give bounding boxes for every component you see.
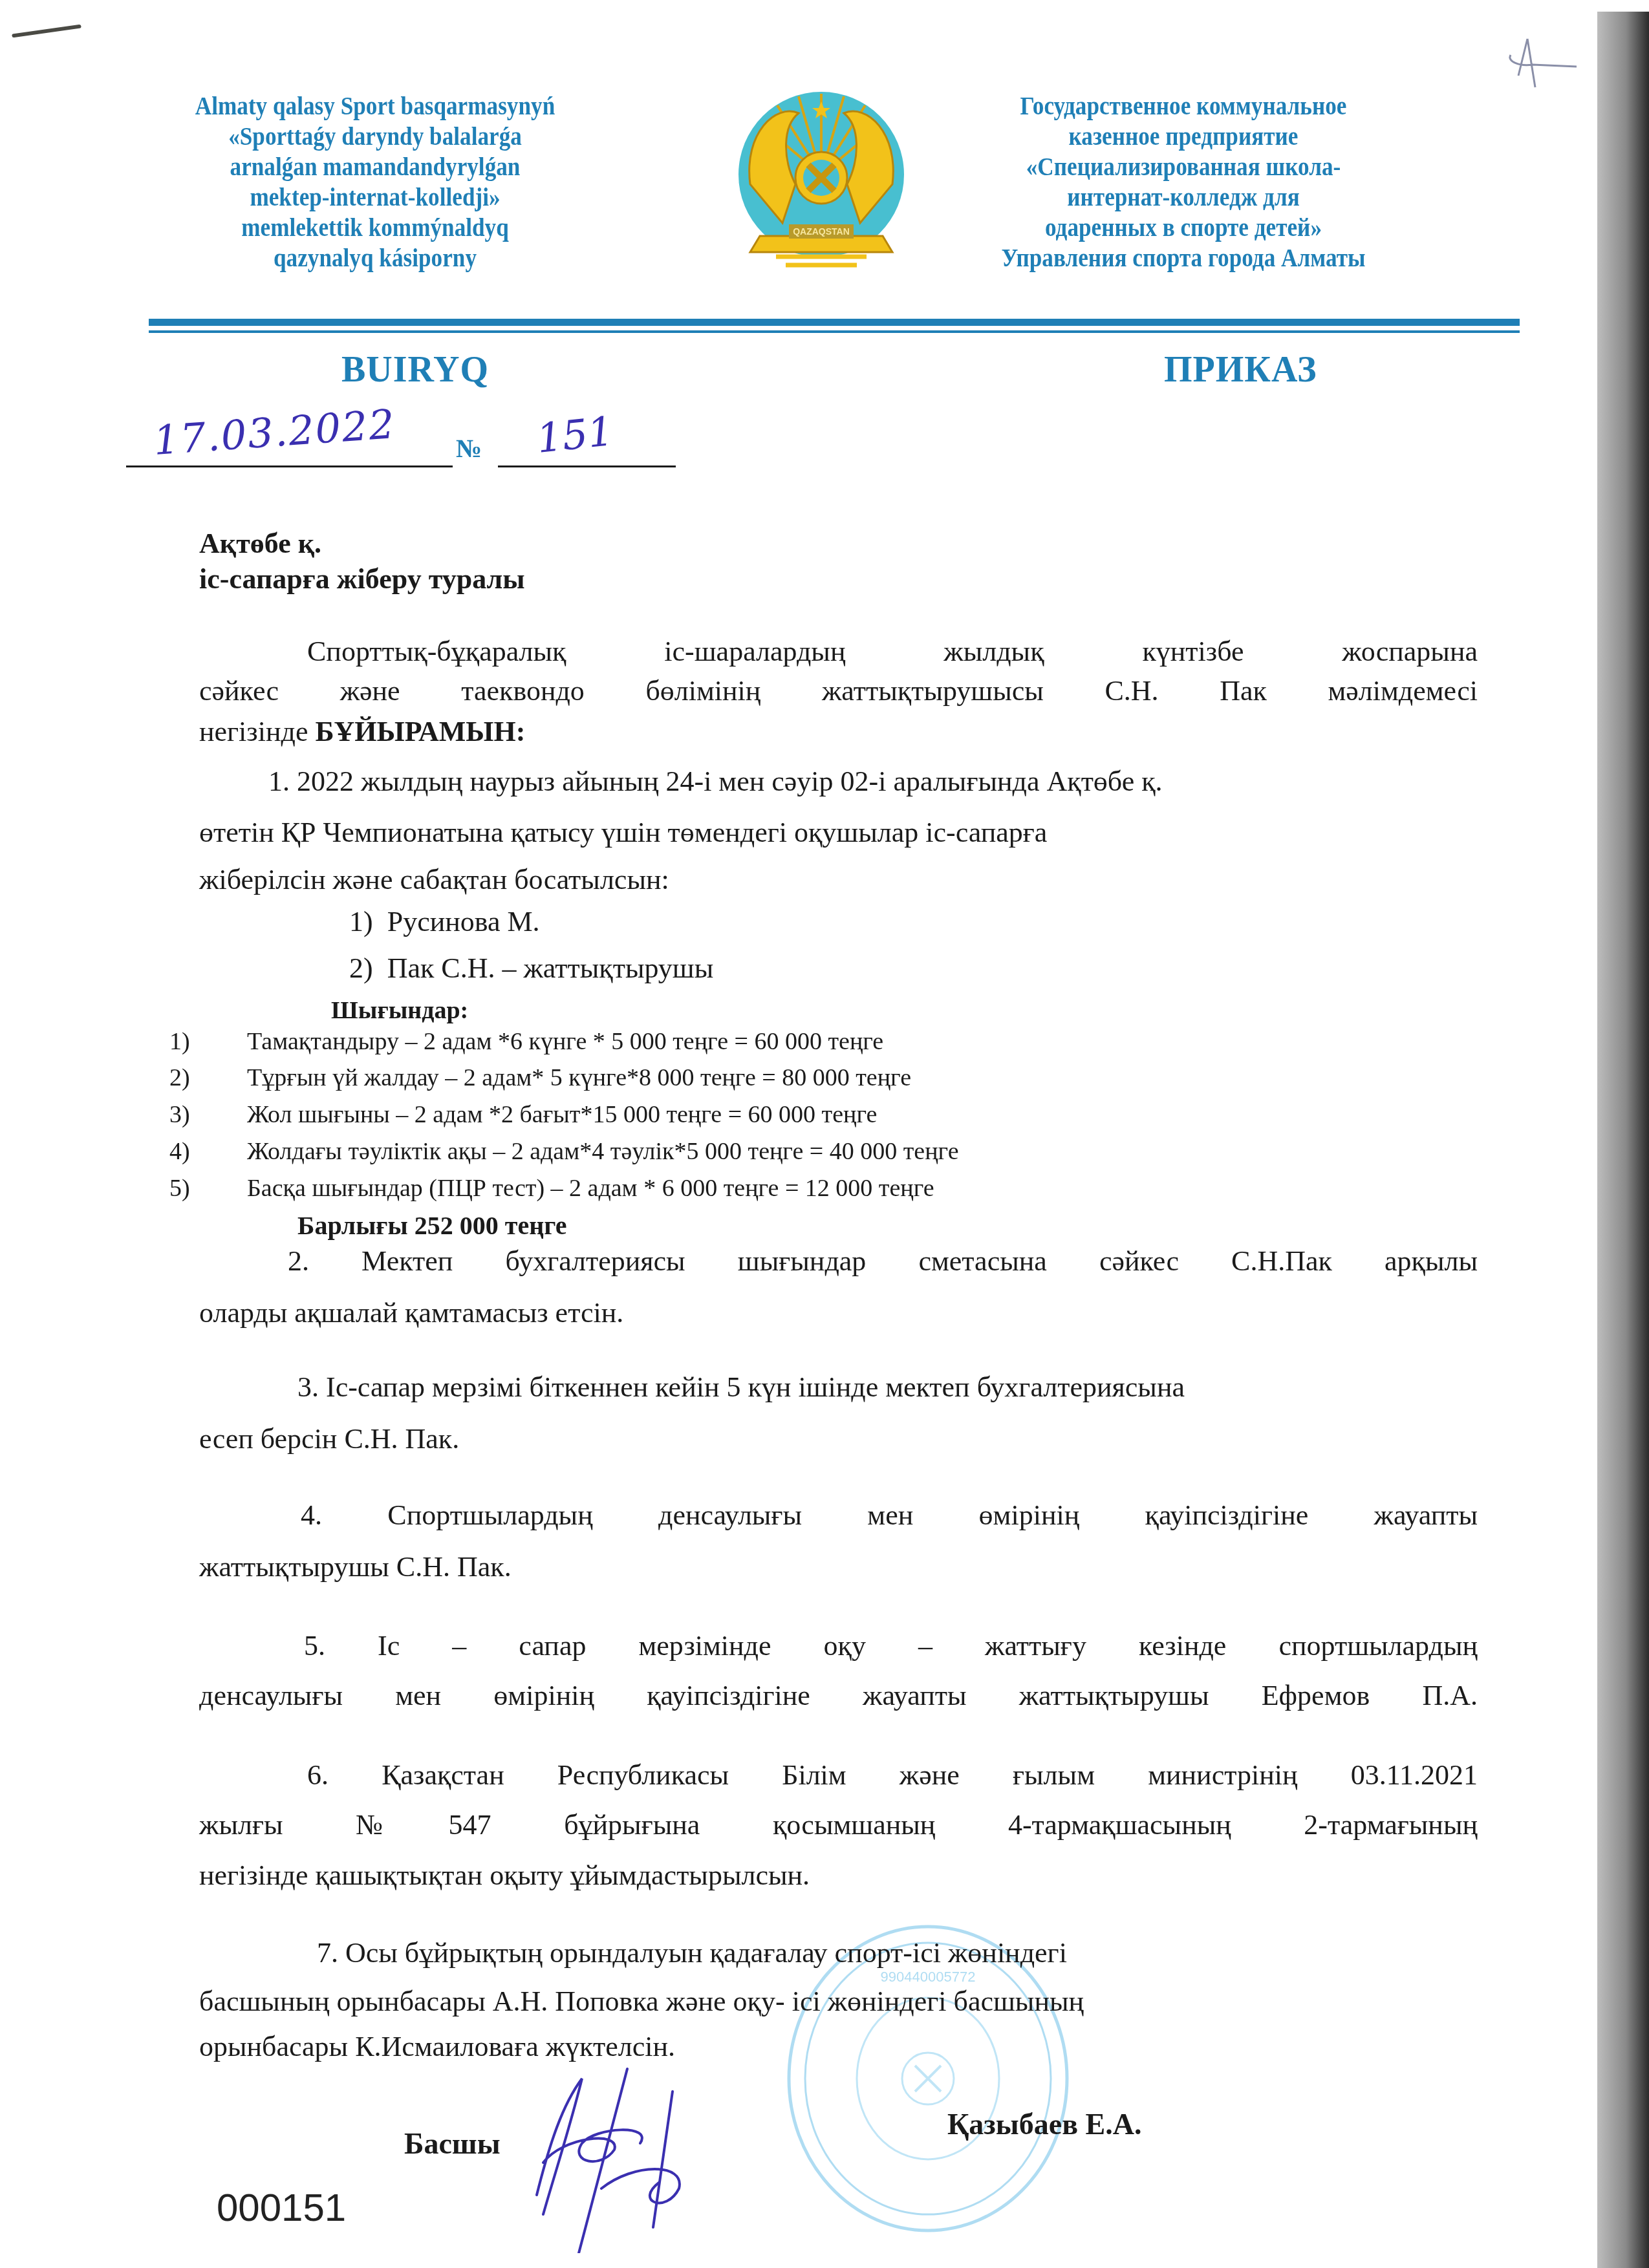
item-7-line: басшының орынбасары А.Н. Поповка және оқ… xyxy=(199,1985,1084,2018)
item-3-line: 3. Іс-сапар мерзімі біткеннен кейін 5 кү… xyxy=(297,1371,1185,1404)
emblem-label: QAZAQSTAN xyxy=(793,226,850,237)
expense-text: Жол шығыны – 2 адам *2 бағыт*15 000 теңг… xyxy=(247,1101,877,1128)
expenses-total: Барлығы 252 000 теңге xyxy=(297,1209,567,1243)
corner-pen-mark xyxy=(12,25,81,38)
date-underline xyxy=(126,465,453,467)
expense-item: 5)Басқа шығындар (ПЦР тест) – 2 адам * 6… xyxy=(169,1171,934,1205)
signatory-role: Басшы xyxy=(404,2127,501,2161)
item-5-line: денсаулығы мен өмірінің қауіпсіздігіне ж… xyxy=(199,1679,1478,1713)
header-kz-line: memlekettik kommýnaldyq xyxy=(159,212,592,242)
preamble-line: Спорттық-бұқаралық іс-шаралардың жылдық … xyxy=(307,635,1478,669)
traveler-name: Русинова М. xyxy=(387,906,540,937)
header-ru-line: Управления спорта города Алматы xyxy=(967,242,1400,273)
expenses-title: Шығындар: xyxy=(331,994,468,1027)
number-sign: № xyxy=(456,433,482,464)
list-number: 2) xyxy=(349,952,373,984)
header-ru-line: интернат-колледж для xyxy=(967,182,1400,212)
list-number: 1) xyxy=(349,906,373,937)
item-4-line: 4. Спортшылардың денсаулығы мен өмірінің… xyxy=(301,1499,1478,1532)
header-kz-line: arnalǵan mamandandyrylǵan xyxy=(159,151,592,182)
expense-text: Тамақтандыру – 2 адам *6 күнге * 5 000 т… xyxy=(247,1028,883,1055)
doc-type-kz: BUIRYQ xyxy=(341,349,489,390)
list-number: 3) xyxy=(169,1098,247,1131)
city: Ақтөбе қ. xyxy=(199,527,321,561)
list-number: 2) xyxy=(169,1061,247,1095)
header-org-name-ru: Государственное коммунальное казенное пр… xyxy=(967,91,1400,273)
expense-text: Жолдағы тәуліктік ақы – 2 адам*4 тәулік*… xyxy=(247,1138,959,1165)
item-5-line: 5. Іс – сапар мерзімінде оқу – жаттығу к… xyxy=(304,1629,1478,1663)
expense-item: 4)Жолдағы тәуліктік ақы – 2 адам*4 тәулі… xyxy=(169,1135,959,1168)
page-edge-shadow xyxy=(1597,12,1649,2268)
item-7-line: орынбасары К.Исмаиловаға жүктелсін. xyxy=(199,2030,675,2064)
item-1-line: өтетін ҚР Чемпионатына қатысу үшін төмен… xyxy=(199,816,1047,850)
footer-document-number: 000151 xyxy=(217,2185,346,2230)
header-kz-line: Almaty qalasy Sport basqarmasynyń xyxy=(159,91,592,121)
header-kz-line: qazynalyq kásiporny xyxy=(159,242,592,273)
list-number: 4) xyxy=(169,1135,247,1168)
list-number: 1) xyxy=(169,1025,247,1058)
stamp-bin: 990440005772 xyxy=(881,1969,976,1985)
header-ru-line: «Специализированная школа- xyxy=(967,151,1400,182)
header-ru-line: казенное предприятие xyxy=(967,121,1400,151)
item-3-line: есеп берсін С.Н. Пак. xyxy=(199,1422,459,1456)
item-2-line: 2. Мектеп бухгалтериясы шығындар сметасы… xyxy=(288,1245,1478,1278)
order-date: 17.03.2022 xyxy=(152,400,397,464)
header-ru-line: одаренных в спорте детей» xyxy=(967,212,1400,242)
traveler-item: 2) Пак С.Н. – жаттықтырушы xyxy=(349,952,713,985)
order-subject: іс-сапарға жіберу туралы xyxy=(199,562,525,596)
order-number: 151 xyxy=(535,407,616,462)
item-6-line: негізінде қашықтықтан оқыту ұйымдастырыл… xyxy=(199,1859,810,1892)
order-verb: БҰЙЫРАМЫН: xyxy=(315,716,525,747)
preamble-line: сәйкес және таеквондо бөлімінің жаттықты… xyxy=(199,674,1478,708)
item-6-line: 6. Қазақстан Республикасы Білім және ғыл… xyxy=(307,1759,1478,1792)
item-1-line: жіберілсін және сабақтан босатылсын: xyxy=(199,863,669,897)
header-kz-line: mektep-internat-kolledji» xyxy=(159,182,592,212)
item-1-line: 1. 2022 жылдың наурыз айының 24-і мен сә… xyxy=(268,765,1163,798)
header-divider-thick xyxy=(149,319,1520,326)
pencil-page-number-mark xyxy=(1507,36,1578,91)
expense-text: Басқа шығындар (ПЦР тест) – 2 адам * 6 0… xyxy=(247,1175,934,1202)
header-ru-line: Государственное коммунальное xyxy=(967,91,1400,121)
kazakhstan-emblem-icon: QAZAQSTAN xyxy=(737,87,905,281)
header-divider-thin xyxy=(149,330,1520,333)
handwritten-signature xyxy=(524,2066,821,2253)
expense-text: Тұрғын үй жалдау – 2 адам* 5 күнге*8 000… xyxy=(247,1064,911,1091)
traveler-item: 1) Русинова М. xyxy=(349,905,540,939)
traveler-name: Пак С.Н. – жаттықтырушы xyxy=(387,952,714,984)
signatory-name: Қазыбаев Е.А. xyxy=(947,2108,1141,2141)
number-underline xyxy=(498,465,676,467)
header-org-name-kz: Almaty qalasy Sport basqarmasynyń «Sport… xyxy=(159,91,592,273)
item-6-line: жылғы №547 бұйрығына қосымшаның 4-тармақ… xyxy=(199,1808,1478,1842)
item-7-line: 7. Осы бұйрықтың орындалуын қадағалау сп… xyxy=(317,1936,1067,1970)
expense-item: 3)Жол шығыны – 2 адам *2 бағыт*15 000 те… xyxy=(169,1098,877,1131)
header-kz-line: «Sporttaǵy daryndy balalarǵa xyxy=(159,121,592,151)
doc-type-ru: ПРИКАЗ xyxy=(1164,349,1317,390)
item-2-line: оларды ақшалай қамтамасыз етсін. xyxy=(199,1296,623,1330)
preamble-line: негізінде БҰЙЫРАМЫН: xyxy=(199,715,525,749)
item-4-line: жаттықтырушы С.Н. Пак. xyxy=(199,1550,512,1584)
expense-item: 1)Тамақтандыру – 2 адам *6 күнге * 5 000… xyxy=(169,1025,883,1058)
list-number: 5) xyxy=(169,1171,247,1205)
expense-item: 2)Тұрғын үй жалдау – 2 адам* 5 күнге*8 0… xyxy=(169,1061,911,1095)
preamble-prefix: негізінде xyxy=(199,716,315,747)
